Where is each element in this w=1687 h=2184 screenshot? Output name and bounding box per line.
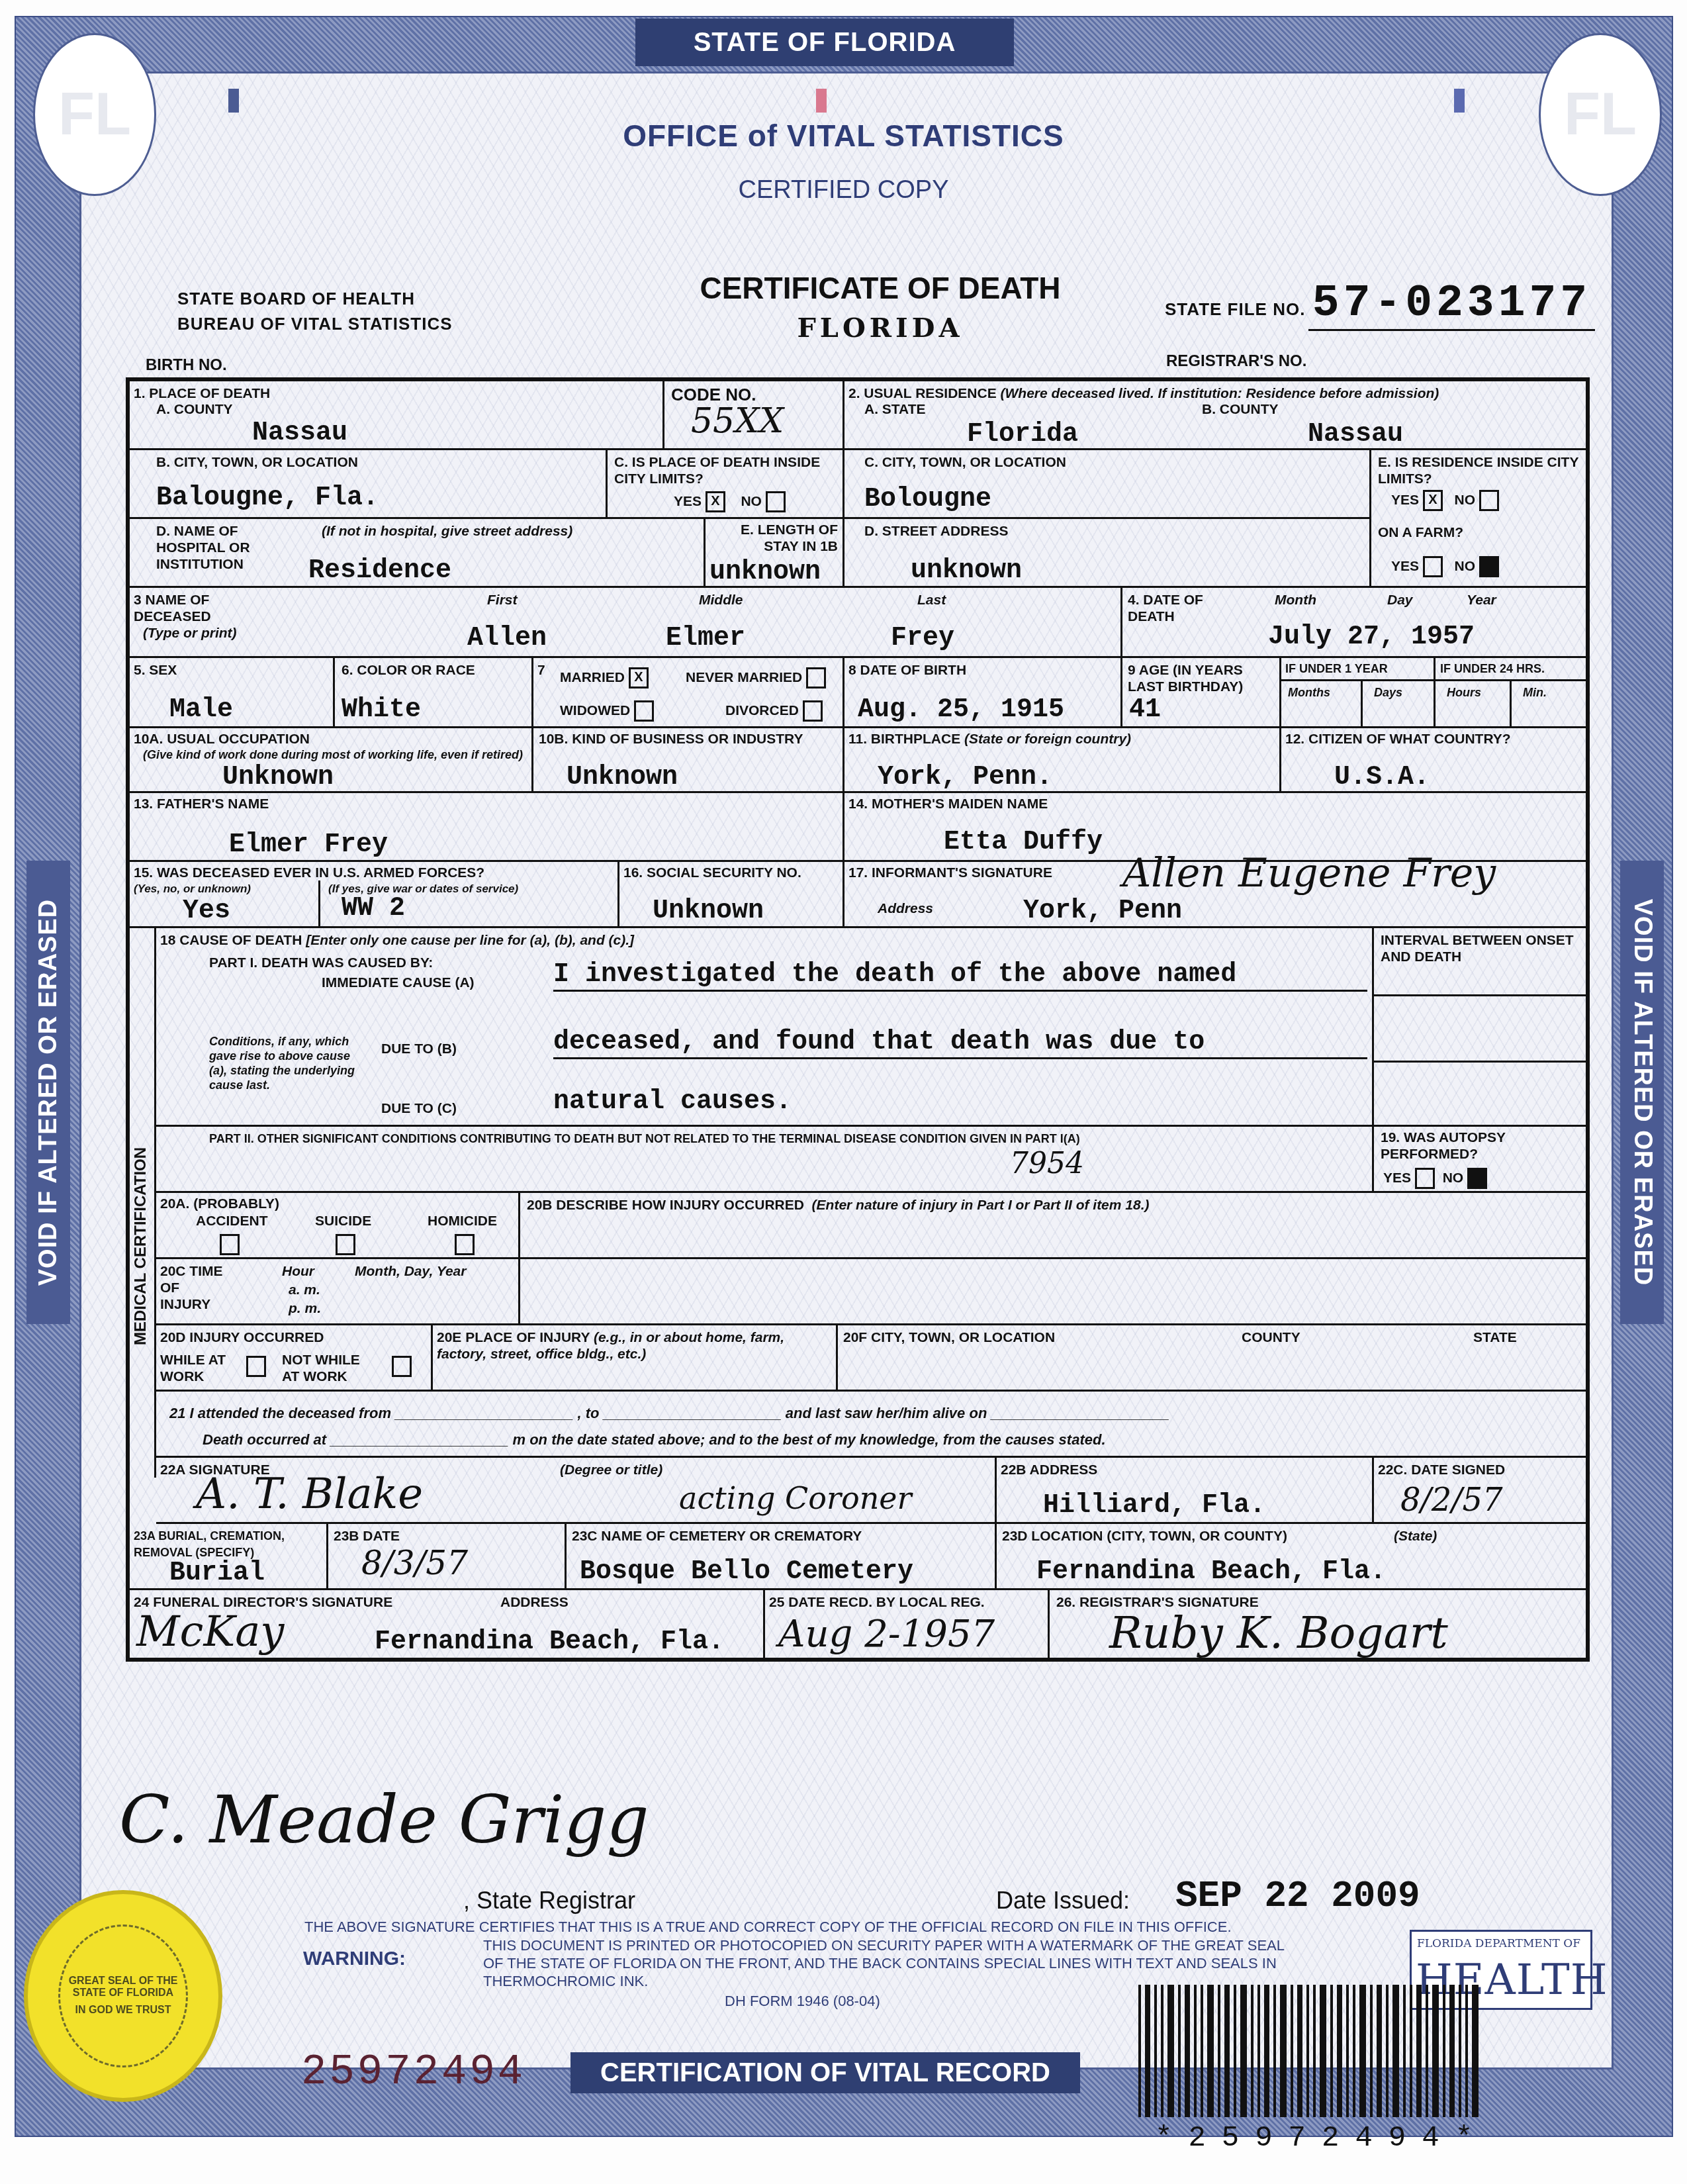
birth-no-label: BIRTH NO. (146, 356, 227, 375)
label: ACCIDENT (196, 1213, 268, 1229)
label: 14. MOTHER'S MAIDEN NAME (848, 796, 1048, 812)
state-registrar-label: , State Registrar (463, 1887, 635, 1915)
checkbox-no[interactable] (1479, 556, 1499, 577)
label: 20e PLACE OF INJURY (e.g., in or about h… (437, 1329, 827, 1362)
label: 20c TIME OF INJURY (160, 1263, 233, 1313)
label: 10a. USUAL OCCUPATION (134, 731, 310, 747)
married-option: MARRIED (560, 667, 649, 688)
field-cause-of-death: 18 CAUSE OF DEATH [Enter only one cause … (156, 928, 1374, 1127)
label: STATE (1473, 1329, 1517, 1346)
value-father: Elmer Frey (229, 830, 388, 860)
label: Year (1467, 592, 1496, 608)
label: c. CITY, TOWN, OR LOCATION (864, 454, 1066, 471)
label: 8 DATE OF BIRTH (848, 662, 966, 679)
serial-number: 25972494 (301, 2049, 525, 2097)
board-line: STATE BOARD OF HEALTH (177, 286, 453, 311)
warning-text: THIS DOCUMENT IS PRINTED OR PHOTOCOPIED … (483, 1936, 1297, 1990)
color-marker-center (816, 89, 827, 113)
certification-statement: THE ABOVE SIGNATURE CERTIFIES THAT THIS … (304, 1919, 1232, 1936)
bureau-line: BUREAU OF VITAL STATISTICS (177, 311, 453, 336)
label: b. COUNTY (1202, 401, 1279, 418)
field-cemetery-location: 23d LOCATION (City, town, or county) (St… (997, 1524, 1590, 1590)
field-place-of-injury: 20e PLACE OF INJURY (e.g., in or about h… (433, 1325, 838, 1392)
widowed-option: WIDOWED (560, 700, 654, 722)
field-part-ii: PART II. OTHER SIGNIFICANT CONDITIONS CO… (156, 1127, 1374, 1193)
field-registrar-signature: 26. REGISTRAR'S SIGNATURE Ruby K. Bogart (1050, 1590, 1590, 1662)
field-time-of-injury: 20c TIME OF INJURY Hour Month, Day, Year… (156, 1259, 520, 1325)
checkbox-yes[interactable] (1423, 556, 1443, 577)
value-sex: Male (169, 695, 233, 725)
label: Death occurred at ______________________… (203, 1431, 1106, 1448)
issuing-bureau: STATE BOARD OF HEALTH BUREAU OF VITAL ST… (177, 286, 453, 336)
field-date-of-birth: 8 DATE OF BIRTH Aug. 25, 1915 (844, 658, 1122, 728)
certificate-state: FLORIDA (655, 312, 1105, 344)
field-injury-at-work: 20d INJURY OCCURRED WHILE AT WORK NOT WH… (156, 1325, 433, 1392)
field-autopsy: 19. WAS AUTOPSY PERFORMED? YES NO (1374, 1127, 1590, 1193)
label: INTERVAL BETWEEN ONSET AND DEATH (1381, 932, 1579, 965)
label: 20f CITY, TOWN, OR LOCATION (843, 1329, 1055, 1346)
field-age-under-1: IF UNDER 1 YEAR IF UNDER 24 HRS. Months … (1281, 658, 1590, 728)
label: (Type or print) (143, 625, 237, 641)
checkbox-yes[interactable] (1423, 490, 1443, 511)
certification-banner: CERTIFICATION OF VITAL RECORD (570, 2052, 1080, 2093)
label: 4. DATE OF DEATH (1128, 592, 1207, 625)
value-fd-address: Fernandina Beach, Fla. (375, 1627, 724, 1657)
yes-no-checkboxes: YES NO (1391, 490, 1499, 511)
value-place-city: Balougne, Fla. (156, 483, 379, 513)
field-occupation: 10a. USUAL OCCUPATION (Give kind of work… (130, 728, 533, 793)
label: a. STATE (864, 401, 926, 418)
label: a. COUNTY (156, 401, 233, 418)
label: (Give kind of work done during most of w… (143, 747, 527, 763)
field-res-inside-city-farm: e. IS RESIDENCE INSIDE CITY LIMITS? YES … (1371, 450, 1590, 588)
field-cemetery: 23c NAME OF CEMETERY OR CREMATORY Bosque… (567, 1524, 997, 1590)
label: 16. SOCIAL SECURITY NO. (623, 865, 801, 881)
field-informant: 17. INFORMANT'S SIGNATURE Allen Eugene F… (844, 862, 1590, 928)
field-residence-state-county: 2. USUAL RESIDENCE (Where deceased lived… (844, 381, 1590, 450)
field-date-of-death: 4. DATE OF DEATH Month Day Year July 27,… (1122, 588, 1590, 658)
value-industry: Unknown (567, 763, 678, 792)
field-date-signed: 22c. DATE SIGNED 8/2/57 (1374, 1458, 1590, 1524)
value-age: 41 (1129, 695, 1161, 725)
value-date-signed: 8/2/57 (1400, 1482, 1503, 1519)
label: 23b DATE (334, 1528, 400, 1544)
label: d. NAME OF HOSPITAL OR INSTITUTION (156, 523, 289, 573)
medical-certification-strip: MEDICAL CERTIFICATION (130, 928, 156, 1478)
label: (If not in hospital, give street address… (322, 523, 572, 540)
field-place-county: 1. PLACE OF DEATH a. COUNTY Nassau (130, 381, 664, 450)
value-war: WW 2 (342, 894, 405, 924)
value-cause-c: natural causes. (553, 1087, 1367, 1117)
label: Min. (1523, 685, 1547, 701)
label: DUE TO (b) (381, 1041, 457, 1057)
label: Last (917, 592, 946, 608)
void-band-left: VOID IF ALTERED OR ERASED (26, 861, 70, 1324)
warning-label: WARNING: (303, 1948, 406, 1970)
label: a. m. (289, 1282, 320, 1298)
great-seal-of-florida: GREAT SEAL OF THE STATE OF FLORIDA IN GO… (24, 1890, 222, 2102)
date-issued-label: Date Issued: (996, 1887, 1130, 1915)
checkbox-at-work[interactable] (246, 1356, 266, 1377)
value-middle-name: Elmer (666, 624, 745, 653)
label: IF UNDER 1 YEAR (1285, 661, 1388, 677)
label: HOMICIDE (428, 1213, 497, 1229)
certifier-signature: A. T. Blake (196, 1470, 423, 1519)
form-id: DH FORM 1946 (08-04) (725, 1993, 880, 2010)
label: 9 AGE (In years last birthday) (1128, 662, 1277, 695)
value-date-of-death: July 27, 1957 (1268, 622, 1475, 652)
state-file-label: STATE FILE NO. (1165, 299, 1305, 319)
field-date-received: 25 DATE RECD. BY LOCAL REG. Aug 2-1957 (765, 1590, 1050, 1662)
label: 22b ADDRESS (1001, 1462, 1097, 1478)
value-code: 55XX (691, 401, 784, 441)
label: 19. WAS AUTOPSY PERFORMED? (1381, 1129, 1579, 1163)
certified-copy-label: CERTIFIED COPY (0, 176, 1687, 205)
label: 22c. DATE SIGNED (1378, 1462, 1505, 1478)
value-cause-b: deceased, and found that death was due t… (553, 1027, 1367, 1059)
label: Conditions, if any, which gave rise to a… (209, 1034, 368, 1092)
value-first-name: Allen (467, 624, 547, 653)
color-marker-right (1454, 89, 1465, 113)
field-interval: INTERVAL BETWEEN ONSET AND DEATH (1374, 928, 1590, 1127)
farm-checkboxes: YES NO (1391, 556, 1499, 577)
field-age: 9 AGE (In years last birthday) 41 (1122, 658, 1281, 728)
field-code-no: CODE NO. 55XX (664, 381, 844, 450)
label: PART II. OTHER SIGNIFICANT CONDITIONS CO… (209, 1131, 1080, 1147)
void-text: VOID IF ALTERED OR ERASED (1628, 899, 1657, 1286)
field-birthplace: 11. BIRTHPLACE (State or foreign country… (844, 728, 1281, 793)
field-armed-forces: 15. WAS DECEASED EVER IN U.S. ARMED FORC… (130, 862, 619, 928)
seal-center: GREAT SEAL OF THE STATE OF FLORIDA IN GO… (58, 1924, 188, 2067)
label: IMMEDIATE CAUSE (a) (322, 974, 475, 991)
label: b. CITY, TOWN, OR LOCATION (156, 454, 358, 471)
checkbox-yes[interactable] (1415, 1168, 1435, 1189)
value-ssn: Unknown (653, 896, 764, 926)
color-marker-left (228, 89, 239, 113)
label: p. m. (289, 1300, 321, 1317)
label: 7 (537, 662, 545, 679)
label: 23c NAME OF CEMETERY OR CREMATORY (572, 1528, 862, 1544)
value-last-name: Frey (891, 624, 954, 653)
label: 21 I attended the deceased from ________… (169, 1405, 1169, 1421)
label: PART I. DEATH WAS CAUSED BY: (209, 955, 433, 971)
field-citizenship: 12. CITIZEN OF WHAT COUNTRY? U.S.A. (1281, 728, 1590, 793)
field-attendance: 21 I attended the deceased from ________… (156, 1392, 1590, 1458)
label: 2. USUAL RESIDENCE (Where deceased lived… (848, 385, 1439, 402)
label: (Yes, no, or unknown) (134, 880, 251, 897)
label: Month (1275, 592, 1316, 608)
office-title: OFFICE of VITAL STATISTICS (0, 118, 1687, 154)
field-certifier-address: 22b ADDRESS Hilliard, Fla. (997, 1458, 1374, 1524)
label: 20a. (Probably) (160, 1196, 279, 1212)
value-occupation: Unknown (222, 763, 334, 792)
field-length-of-stay: e. LENGTH OF STAY IN 1b unknown (706, 519, 844, 588)
label: c. IS PLACE OF DEATH INSIDE CITY LIMITS? (614, 454, 839, 487)
yes-no-checkboxes: YES NO (674, 491, 786, 512)
value-informant-address: York, Penn (1023, 896, 1182, 926)
label: Hour (282, 1263, 314, 1280)
value-res-state: Florida (967, 420, 1078, 450)
label: 18 CAUSE OF DEATH [Enter only one cause … (160, 932, 634, 949)
value-cause-a: I investigated the death of the above na… (553, 960, 1367, 992)
field-res-street: d. STREET ADDRESS unknown (844, 519, 1371, 588)
label: 12. CITIZEN OF WHAT COUNTRY? (1285, 731, 1511, 747)
checkbox-never-married[interactable] (806, 667, 826, 688)
label: 23a BURIAL, CREMATION, REMOVAL (Specify) (134, 1528, 326, 1561)
label: 20b DESCRIBE HOW INJURY OCCURRED (Enter … (527, 1197, 1150, 1213)
label: 15. WAS DECEASED EVER IN U.S. ARMED FORC… (134, 865, 484, 881)
value-race: White (342, 695, 421, 725)
field-disposition-method: 23a BURIAL, CREMATION, REMOVAL (Specify)… (130, 1524, 328, 1590)
void-band-right: VOID IF ALTERED OR ERASED (1620, 861, 1664, 1324)
autopsy-checkboxes: YES NO (1383, 1168, 1487, 1189)
label: Address (878, 900, 933, 917)
label: Middle (699, 592, 743, 608)
label: MEDICAL CERTIFICATION (132, 1147, 149, 1345)
seal-motto: IN GOD WE TRUST (60, 2005, 186, 2017)
label: 10b. KIND OF BUSINESS OR INDUSTRY (539, 731, 803, 747)
never-married-option: NEVER MARRIED (686, 667, 826, 688)
value-disposition: Burial (169, 1558, 265, 1588)
label: e. LENGTH OF STAY IN 1b (712, 522, 838, 555)
label: (Degree or title) (560, 1462, 662, 1478)
field-manner: 20a. (Probably) ACCIDENT SUICIDE HOMICID… (156, 1193, 520, 1259)
label: 23d LOCATION (City, town, or county) (1002, 1528, 1287, 1544)
label: 25 DATE RECD. BY LOCAL REG. (769, 1594, 985, 1611)
certifier-title: acting Coroner (679, 1480, 912, 1516)
checkbox-no[interactable] (766, 491, 786, 512)
label: DUE TO (c) (381, 1100, 457, 1117)
field-place-city: b. CITY, TOWN, OR LOCATION Balougne, Fla… (130, 450, 608, 519)
field-inside-city-limits: c. IS PLACE OF DEATH INSIDE CITY LIMITS?… (608, 450, 844, 519)
state-registrar-signature: C. Meade Grigg (119, 1781, 649, 1858)
label: ADDRESS (500, 1594, 569, 1611)
checkbox-yes[interactable] (706, 491, 725, 512)
label: 6. COLOR OR RACE (342, 662, 475, 679)
checkbox-divorced[interactable] (803, 700, 823, 722)
field-injury-location: 20f CITY, TOWN, OR LOCATION COUNTY STATE (838, 1325, 1590, 1392)
divorced-option: DIVORCED (725, 700, 823, 722)
label: 3 NAME OF DECEASED (134, 592, 253, 625)
registrar-signature: Ruby K. Bogart (1109, 1607, 1448, 1658)
label: IF UNDER 24 HRS. (1440, 661, 1545, 677)
value-dob: Aug. 25, 1915 (858, 695, 1064, 725)
label: NOT WHILE AT WORK (282, 1352, 368, 1385)
label: ON A FARM? (1378, 524, 1463, 541)
field-funeral-director: 24 FUNERAL DIRECTOR'S SIGNATURE ADDRESS … (130, 1590, 765, 1662)
label: 20d INJURY OCCURRED (160, 1329, 324, 1346)
label: 5. SEX (134, 662, 177, 679)
void-text: VOID IF ALTERED OR ERASED (34, 899, 63, 1286)
date-issued-value: SEP 22 2009 (1175, 1875, 1420, 1917)
value-disposition-date: 8/3/57 (361, 1544, 468, 1582)
certificate-title: CERTIFICATE OF DEATH (655, 270, 1105, 306)
field-race: 6. COLOR OR RACE White (335, 658, 533, 728)
field-res-city: c. CITY, TOWN, OR LOCATION Bolougne (844, 450, 1371, 519)
field-injury-description: 20b DESCRIBE HOW INJURY OCCURRED (Enter … (520, 1193, 1590, 1259)
label: Hours (1447, 685, 1481, 701)
barcode (1138, 1985, 1575, 2117)
state-file-value: 57-023177 (1308, 278, 1595, 331)
value-birthplace: York, Penn. (878, 763, 1052, 792)
label: Month, Day, Year (355, 1263, 466, 1280)
value-res-city: Bolougne (864, 485, 991, 514)
corner-watermark-right: FL (1539, 33, 1662, 196)
field-sex: 5. SEX Male (130, 658, 335, 728)
label: 17. INFORMANT'S SIGNATURE (848, 865, 1052, 881)
value-date-received: Aug 2-1957 (778, 1613, 995, 1656)
field-injury-description-cont (520, 1259, 1590, 1325)
logo-text: FLORIDA DEPARTMENT OF (1417, 1937, 1580, 1950)
field-marital-status: 7 MARRIED NEVER MARRIED WIDOWED DIVORCED (533, 658, 844, 728)
value-res-county: Nassau (1308, 420, 1403, 450)
field-father-name: 13. FATHER'S NAME Elmer Frey (130, 793, 844, 862)
field-industry: 10b. KIND OF BUSINESS OR INDUSTRY Unknow… (533, 728, 844, 793)
label: d. STREET ADDRESS (864, 523, 1008, 540)
barcode-text: *25972494* (1155, 2122, 1488, 2155)
value-citizenship: U.S.A. (1334, 763, 1430, 792)
checkbox-accident[interactable] (220, 1234, 240, 1255)
checkbox-married[interactable] (629, 667, 649, 688)
checkbox-no[interactable] (1467, 1168, 1487, 1189)
label: Months (1288, 685, 1330, 701)
label: 13. FATHER'S NAME (134, 796, 269, 812)
value-cemetery: Bosque Bello Cemetery (580, 1557, 913, 1587)
value-mother: Etta Duffy (944, 828, 1103, 857)
label: WHILE AT WORK (160, 1352, 233, 1385)
value-part-ii: 7954 (1010, 1147, 1084, 1180)
label: Days (1374, 685, 1402, 701)
label: Day (1387, 592, 1413, 608)
state-file-number: STATE FILE NO. 57-023177 (1165, 278, 1595, 329)
value-length-of-stay: unknown (709, 557, 821, 587)
value-res-street: unknown (911, 556, 1022, 586)
value-hospital: Residence (308, 556, 451, 586)
value-county: Nassau (252, 418, 347, 448)
informant-signature: Allen Eugene Frey (1122, 850, 1496, 896)
field-ssn: 16. SOCIAL SECURITY NO. Unknown (619, 862, 844, 928)
label: COUNTY (1242, 1329, 1300, 1346)
corner-watermark-left: FL (33, 33, 156, 196)
value-certifier-address: Hilliard, Fla. (1043, 1491, 1265, 1521)
death-certificate-form: 1. PLACE OF DEATH a. COUNTY Nassau CODE … (126, 377, 1590, 1662)
label: 1. PLACE OF DEATH (134, 385, 270, 402)
checkbox-not-at-work[interactable] (392, 1356, 412, 1377)
registrar-no-label: REGISTRAR'S NO. (1166, 352, 1306, 371)
checkbox-homicide[interactable] (455, 1234, 475, 1255)
field-deceased-name: 3 NAME OF DECEASED (Type or print) First… (130, 588, 1122, 658)
label: SUICIDE (315, 1213, 371, 1229)
label: 11. BIRTHPLACE (State or foreign country… (848, 731, 1131, 747)
field-hospital: d. NAME OF HOSPITAL OR INSTITUTION (If n… (130, 519, 706, 588)
certificate-heading: CERTIFICATE OF DEATH FLORIDA (655, 270, 1105, 344)
field-certifier-signature: 22a SIGNATURE (Degree or title) A. T. Bl… (156, 1458, 997, 1524)
label: First (487, 592, 518, 608)
value-armed-forces: Yes (183, 896, 230, 926)
label: (State) (1394, 1528, 1437, 1544)
label: e. IS RESIDENCE INSIDE CITY LIMITS? (1378, 454, 1583, 487)
funeral-director-signature: McKay (136, 1607, 285, 1656)
field-disposition-date: 23b DATE 8/3/57 (328, 1524, 567, 1590)
state-banner: STATE OF FLORIDA (635, 19, 1014, 66)
checkbox-widowed[interactable] (634, 700, 654, 722)
seal-text: GREAT SEAL OF THE STATE OF FLORIDA (60, 1975, 186, 1999)
checkbox-suicide[interactable] (336, 1234, 355, 1255)
checkbox-no[interactable] (1479, 490, 1499, 511)
value-cemetery-location: Fernandina Beach, Fla. (1036, 1557, 1386, 1587)
